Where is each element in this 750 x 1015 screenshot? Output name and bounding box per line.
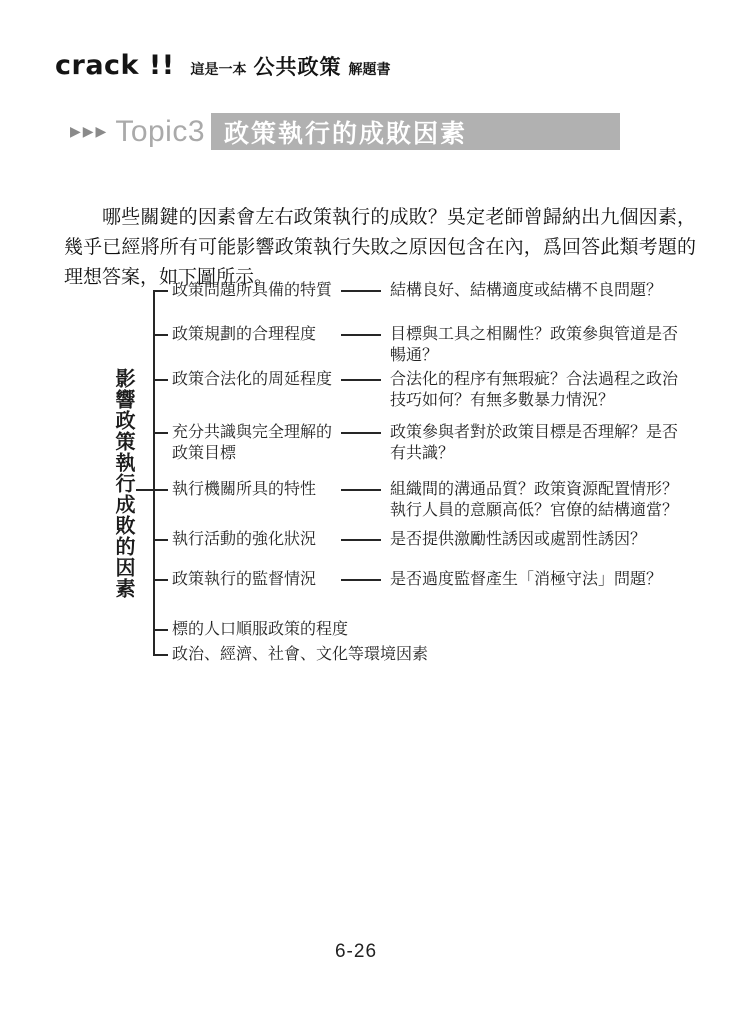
branch-tick-line <box>153 579 168 581</box>
brand-logo: crack !! <box>55 50 175 81</box>
branch-tick-line <box>153 629 168 631</box>
factor-dash-line <box>341 432 381 434</box>
topic-label: Topic3 <box>115 115 205 149</box>
branch-tick-line <box>153 489 168 491</box>
factor-row: 政策問題所具備的特質 結構良好、結構適度或結構不良問題？ <box>153 280 690 301</box>
factor-row: 標的人口順服政策的程度 <box>153 619 602 640</box>
factor-item-label: 政策規劃的合理程度 <box>172 324 337 345</box>
factor-item-label: 政策問題所具備的特質 <box>172 280 337 301</box>
factor-dash-line <box>341 379 381 381</box>
branch-tick-line <box>153 539 168 541</box>
factor-row: 政策合法化的周延程度 合法化的程序有無瑕疵？合法過程之政治技巧如何？有無多數暴力… <box>153 369 690 411</box>
factor-description: 結構良好、結構適度或結構不良問題？ <box>390 280 690 301</box>
factor-description: 是否過度監督產生「消極守法」問題？ <box>390 569 690 590</box>
factor-item-label: 政策執行的監督情況 <box>172 569 337 590</box>
factor-item-label: 政治、經濟、社會、文化等環境因素 <box>172 644 602 665</box>
factor-row: 執行活動的強化狀況 是否提供激勵性誘因或處罰性誘因？ <box>153 529 690 550</box>
factor-row: 政策執行的監督情況 是否過度監督產生「消極守法」問題？ <box>153 569 690 590</box>
factor-description: 組織間的溝通品質？政策資源配置情形？執行人員的意願高低？官僚的結構適當？ <box>390 479 690 521</box>
diagram-connector-line <box>136 489 153 491</box>
factor-item-label: 執行機關所具的特性 <box>172 479 337 500</box>
page-number: 6-26 <box>0 941 712 963</box>
tagline-prefix: 這是一本 <box>191 59 247 79</box>
factor-item-label: 標的人口順服政策的程度 <box>172 619 602 640</box>
topic-title: 政策執行的成敗因素 <box>211 114 467 150</box>
factor-dash-line <box>341 290 381 292</box>
branch-tick-line <box>153 654 168 656</box>
triple-arrow-icon: ▶▶▶ <box>70 123 108 140</box>
branch-tick-line <box>153 334 168 336</box>
factor-item-label: 執行活動的強化狀況 <box>172 529 337 550</box>
factor-row: 政治、經濟、社會、文化等環境因素 <box>153 644 602 665</box>
factor-dash-line <box>341 334 381 336</box>
tagline-suffix: 解題書 <box>349 59 391 79</box>
factor-row: 充分共識與完全理解的政策目標 政策參與者對於政策目標是否理解？是否有共識？ <box>153 422 690 464</box>
book-page: crack !! 這是一本 公共政策 解題書 ▶▶▶ Topic3 政策執行的成… <box>0 0 750 1015</box>
brand-tagline: 這是一本 公共政策 解題書 <box>191 51 391 81</box>
factor-item-label: 政策合法化的周延程度 <box>172 369 337 390</box>
factor-item-label: 充分共識與完全理解的政策目標 <box>172 422 337 464</box>
diagram-root-label: 影響政策執行成敗的因素 <box>110 368 136 610</box>
factor-description: 目標與工具之相關性？政策參與管道是否暢通？ <box>390 324 690 366</box>
factor-row: 政策規劃的合理程度 目標與工具之相關性？政策參與管道是否暢通？ <box>153 324 690 366</box>
factor-dash-line <box>341 539 381 541</box>
factor-dash-line <box>341 579 381 581</box>
topic-bar: ▶▶▶ Topic3 政策執行的成敗因素 <box>70 113 620 150</box>
factor-description: 政策參與者對於政策目標是否理解？是否有共識？ <box>390 422 690 464</box>
branch-tick-line <box>153 290 168 292</box>
branch-tick-line <box>153 379 168 381</box>
tagline-subject: 公共政策 <box>254 51 342 81</box>
factor-row: 執行機關所具的特性 組織間的溝通品質？政策資源配置情形？執行人員的意願高低？官僚… <box>153 479 690 521</box>
topic-title-banner: 政策執行的成敗因素 <box>211 113 620 150</box>
factor-description: 合法化的程序有無瑕疵？合法過程之政治技巧如何？有無多數暴力情況？ <box>390 369 690 411</box>
branch-tick-line <box>153 432 168 434</box>
page-header: crack !! 這是一本 公共政策 解題書 <box>55 50 391 81</box>
factor-description: 是否提供激勵性誘因或處罰性誘因？ <box>390 529 690 550</box>
factor-dash-line <box>341 489 381 491</box>
